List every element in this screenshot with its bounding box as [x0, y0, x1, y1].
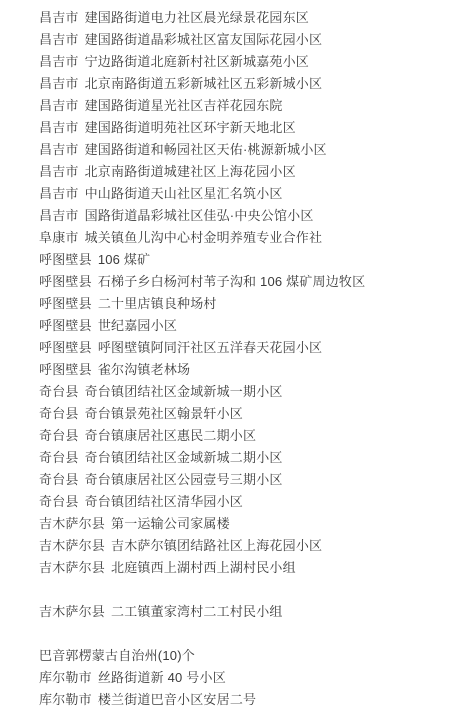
community-name: 北庭镇西上湖村西上湖村民小组	[111, 560, 296, 575]
city-label: 奇台县	[39, 428, 79, 443]
city-label: 昌吉市	[39, 186, 79, 201]
community-name: 奇台镇景苑社区翰景轩小区	[85, 406, 243, 421]
community-name: 丝路街道新 40 号小区	[98, 670, 226, 685]
section-header: 巴音郭楞蒙古自治州(10)个	[39, 645, 453, 667]
community-list-item: 昌吉市北京南路街道城建社区上海花园小区	[39, 161, 453, 183]
community-list-item: 昌吉市建国路街道和畅园社区天佑·桃源新城小区	[39, 139, 453, 161]
community-list: 昌吉市建国路街道电力社区晨光绿景花园东区昌吉市建国路街道晶彩城社区富友国际花园小…	[39, 7, 453, 711]
community-name: 城关镇鱼儿沟中心村金明养殖专业合作社	[85, 230, 323, 245]
community-name: 中山路街道天山社区星汇名筑小区	[85, 186, 283, 201]
community-list-item: 昌吉市建国路街道明苑社区环宇新天地北区	[39, 117, 453, 139]
community-name: 二工镇董家湾村二工村民小组	[111, 604, 283, 619]
community-list-item: 呼图壁县石梯子乡白杨河村苇子沟和 106 煤矿周边牧区	[39, 271, 453, 293]
community-name: 北京南路街道五彩新城社区五彩新城小区	[85, 76, 323, 91]
city-label: 昌吉市	[39, 120, 79, 135]
community-list-item: 奇台县奇台镇团结社区清华园小区	[39, 491, 453, 513]
community-name: 世纪嘉园小区	[98, 318, 177, 333]
community-name: 建国路街道电力社区晨光绿景花园东区	[85, 10, 309, 25]
community-name: 奇台镇康居社区惠民二期小区	[85, 428, 257, 443]
community-list-item: 呼图壁县106 煤矿	[39, 249, 453, 271]
city-label: 奇台县	[39, 406, 79, 421]
city-label: 库尔勒市	[39, 692, 92, 707]
community-name: 奇台镇团结社区金域新城二期小区	[85, 450, 283, 465]
city-label: 昌吉市	[39, 54, 79, 69]
community-name: 106 煤矿	[98, 252, 151, 267]
community-name: 奇台镇团结社区清华园小区	[85, 494, 243, 509]
community-list-item: 库尔勒市楼兰街道巴音小区安居二号	[39, 689, 453, 711]
community-list-item: 吉木萨尔县吉木萨尔镇团结路社区上海花园小区	[39, 535, 453, 557]
city-label: 昌吉市	[39, 32, 79, 47]
community-name: 国路街道晶彩城社区佳弘·中央公馆小区	[85, 208, 314, 223]
community-list-item: 奇台县奇台镇团结社区金域新城二期小区	[39, 447, 453, 469]
community-list-item: 奇台县奇台镇康居社区惠民二期小区	[39, 425, 453, 447]
community-name: 奇台镇团结社区金域新城一期小区	[85, 384, 283, 399]
city-label: 阜康市	[39, 230, 79, 245]
community-list-item: 库尔勒市丝路街道新 40 号小区	[39, 667, 453, 689]
city-label: 昌吉市	[39, 76, 79, 91]
community-name: 建国路街道明苑社区环宇新天地北区	[85, 120, 296, 135]
city-label: 昌吉市	[39, 10, 79, 25]
community-name: 第一运输公司家属楼	[111, 516, 230, 531]
city-label: 昌吉市	[39, 142, 79, 157]
city-label: 呼图壁县	[39, 318, 92, 333]
community-list-item: 吉木萨尔县北庭镇西上湖村西上湖村民小组	[39, 557, 453, 579]
city-label: 呼图壁县	[39, 362, 92, 377]
city-label: 奇台县	[39, 450, 79, 465]
community-name: 楼兰街道巴音小区安居二号	[98, 692, 256, 707]
community-list-item: 昌吉市建国路街道星光社区吉祥花园东院	[39, 95, 453, 117]
community-list-item: 昌吉市宁边路街道北庭新村社区新城嘉苑小区	[39, 51, 453, 73]
community-list-item: 吉木萨尔县第一运输公司家属楼	[39, 513, 453, 535]
community-name: 吉木萨尔镇团结路社区上海花园小区	[111, 538, 322, 553]
community-list-item: 呼图壁县世纪嘉园小区	[39, 315, 453, 337]
city-label: 呼图壁县	[39, 340, 92, 355]
community-list-item: 呼图壁县呼图壁镇阿同汗社区五洋春天花园小区	[39, 337, 453, 359]
community-list-item: 呼图壁县二十里店镇良种场村	[39, 293, 453, 315]
city-label: 吉木萨尔县	[39, 516, 105, 531]
community-list-item: 昌吉市国路街道晶彩城社区佳弘·中央公馆小区	[39, 205, 453, 227]
community-name: 建国路街道晶彩城社区富友国际花园小区	[85, 32, 323, 47]
city-label: 库尔勒市	[39, 670, 92, 685]
community-list-item: 昌吉市建国路街道晶彩城社区富友国际花园小区	[39, 29, 453, 51]
community-name: 石梯子乡白杨河村苇子沟和 106 煤矿周边牧区	[98, 274, 366, 289]
blank-line	[39, 579, 453, 601]
city-label: 呼图壁县	[39, 296, 92, 311]
community-name: 奇台镇康居社区公园壹号三期小区	[85, 472, 283, 487]
city-label: 吉木萨尔县	[39, 538, 105, 553]
document-page: 昌吉市建国路街道电力社区晨光绿景花园东区昌吉市建国路街道晶彩城社区富友国际花园小…	[0, 0, 467, 719]
city-label: 呼图壁县	[39, 274, 92, 289]
community-list-item: 昌吉市北京南路街道五彩新城社区五彩新城小区	[39, 73, 453, 95]
city-label: 吉木萨尔县	[39, 604, 105, 619]
community-name: 雀尔沟镇老林场	[98, 362, 190, 377]
community-name: 北京南路街道城建社区上海花园小区	[85, 164, 296, 179]
community-name: 宁边路街道北庭新村社区新城嘉苑小区	[85, 54, 309, 69]
community-list-item: 奇台县奇台镇康居社区公园壹号三期小区	[39, 469, 453, 491]
community-list-item: 奇台县奇台镇团结社区金域新城一期小区	[39, 381, 453, 403]
city-label: 奇台县	[39, 472, 79, 487]
city-label: 奇台县	[39, 384, 79, 399]
community-name: 二十里店镇良种场村	[98, 296, 217, 311]
community-name: 建国路街道星光社区吉祥花园东院	[85, 98, 283, 113]
community-list-item: 昌吉市建国路街道电力社区晨光绿景花园东区	[39, 7, 453, 29]
city-label: 昌吉市	[39, 164, 79, 179]
city-label: 呼图壁县	[39, 252, 92, 267]
community-name: 建国路街道和畅园社区天佑·桃源新城小区	[85, 142, 327, 157]
city-label: 吉木萨尔县	[39, 560, 105, 575]
community-name: 呼图壁镇阿同汗社区五洋春天花园小区	[98, 340, 322, 355]
community-list-item: 吉木萨尔县二工镇董家湾村二工村民小组	[39, 601, 453, 623]
city-label: 昌吉市	[39, 98, 79, 113]
city-label: 昌吉市	[39, 208, 79, 223]
city-label: 奇台县	[39, 494, 79, 509]
community-list-item: 阜康市城关镇鱼儿沟中心村金明养殖专业合作社	[39, 227, 453, 249]
blank-line	[39, 623, 453, 645]
community-list-item: 昌吉市中山路街道天山社区星汇名筑小区	[39, 183, 453, 205]
community-list-item: 呼图壁县雀尔沟镇老林场	[39, 359, 453, 381]
community-list-item: 奇台县奇台镇景苑社区翰景轩小区	[39, 403, 453, 425]
